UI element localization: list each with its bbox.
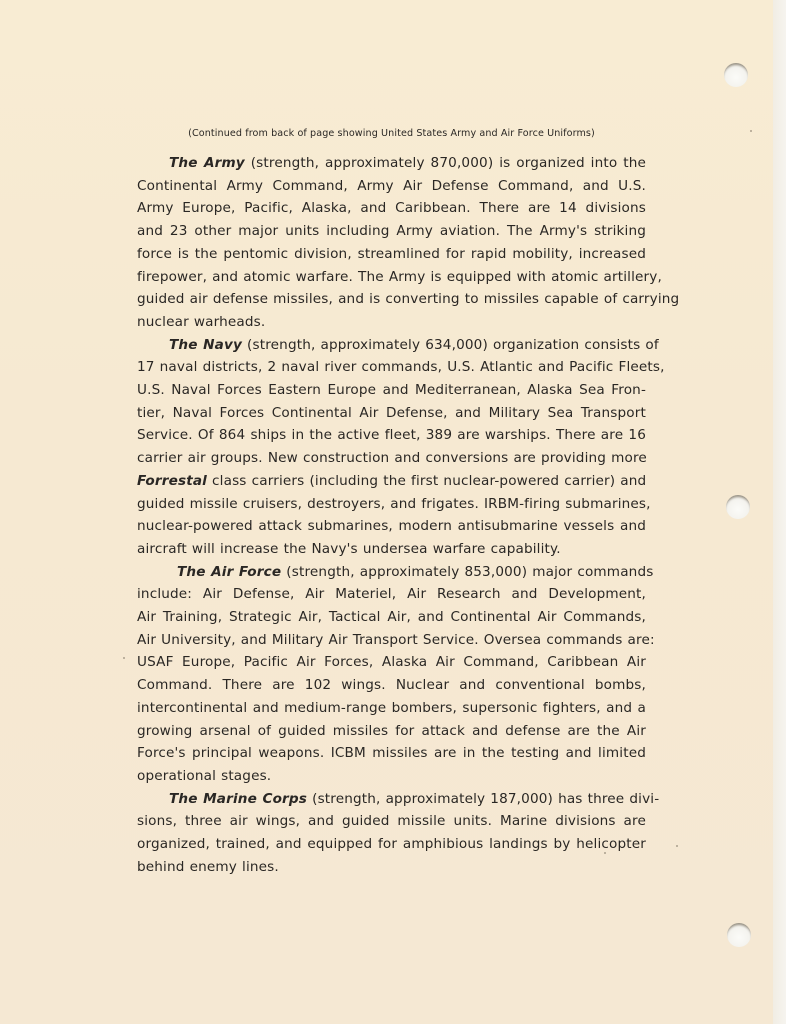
scan-edge-strip: [773, 0, 786, 1024]
scan-speck: [123, 657, 125, 659]
text-line: Continental Army Command, Army Air Defen…: [137, 175, 646, 198]
paragraph-army: The Army (strength, approximately 870,00…: [137, 152, 646, 334]
section-lead-marine-corps: The Marine Corps: [169, 791, 307, 807]
section-lead-navy: The Navy: [169, 337, 242, 353]
text-line: The Navy (strength, approximately 634,00…: [137, 334, 646, 357]
text-line: nuclear warheads.: [137, 311, 646, 334]
section-lead-air-force: The Air Force: [177, 564, 281, 580]
paragraph-air-force: The Air Force (strength, approximately 8…: [137, 561, 646, 788]
text-line: force is the pentomic division, streamli…: [137, 243, 646, 266]
continuation-caption: (Continued from back of page showing Uni…: [137, 128, 646, 139]
text-line: The Marine Corps (strength, approximatel…: [137, 788, 646, 811]
paragraph-marine-corps: The Marine Corps (strength, approximatel…: [137, 788, 646, 879]
scan-speck: [750, 130, 752, 132]
text-line: Air Training, Strategic Air, Tactical Ai…: [137, 606, 646, 629]
text-line: firepower, and atomic warfare. The Army …: [137, 266, 646, 289]
document-body: (Continued from back of page showing Uni…: [137, 128, 646, 879]
text-line: Army Europe, Pacific, Alaska, and Caribb…: [137, 197, 646, 220]
section-lead-army: The Army: [169, 155, 245, 171]
text-line: carrier air groups. New construction and…: [137, 447, 646, 470]
text-line: nuclear-powered attack submarines, moder…: [137, 515, 646, 538]
term-forrestal: Forrestal: [137, 473, 207, 489]
text-line: sions, three air wings, and guided missi…: [137, 810, 646, 833]
punch-hole-top: [724, 63, 748, 87]
text-line: tier, Naval Forces Continental Air Defen…: [137, 402, 646, 425]
text-line: organized, trained, and equipped for amp…: [137, 833, 646, 856]
text-line: U.S. Naval Forces Eastern Europe and Med…: [137, 379, 646, 402]
text-line: guided air defense missiles, and is conv…: [137, 288, 646, 311]
text-line: intercontinental and medium-range bomber…: [137, 697, 646, 720]
text-line: aircraft will increase the Navy's unders…: [137, 538, 646, 561]
text-line: 17 naval districts, 2 naval river comman…: [137, 356, 646, 379]
text-line: USAF Europe, Pacific Air Forces, Alaska …: [137, 651, 646, 674]
scan-speck: [676, 845, 678, 847]
text-line: Force's principal weapons. ICBM missiles…: [137, 742, 646, 765]
text-line: Forrestal class carriers (including the …: [137, 470, 646, 493]
text-line: and 23 other major units including Army …: [137, 220, 646, 243]
text-line: guided missile cruisers, destroyers, and…: [137, 493, 646, 516]
text-line: The Air Force (strength, approximately 8…: [137, 561, 646, 584]
text-line: growing arsenal of guided missiles for a…: [137, 720, 646, 743]
text-line: Air University, and Military Air Transpo…: [137, 629, 646, 652]
punch-hole-bottom: [727, 923, 751, 947]
text-line: include: Air Defense, Air Materiel, Air …: [137, 583, 646, 606]
text-line: operational stages.: [137, 765, 646, 788]
text-line: behind enemy lines.: [137, 856, 646, 879]
text-line: The Army (strength, approximately 870,00…: [137, 152, 646, 175]
paragraph-navy: The Navy (strength, approximately 634,00…: [137, 334, 646, 561]
text-line: Command. There are 102 wings. Nuclear an…: [137, 674, 646, 697]
text-line: Service. Of 864 ships in the active flee…: [137, 424, 646, 447]
punch-hole-middle: [726, 495, 750, 519]
